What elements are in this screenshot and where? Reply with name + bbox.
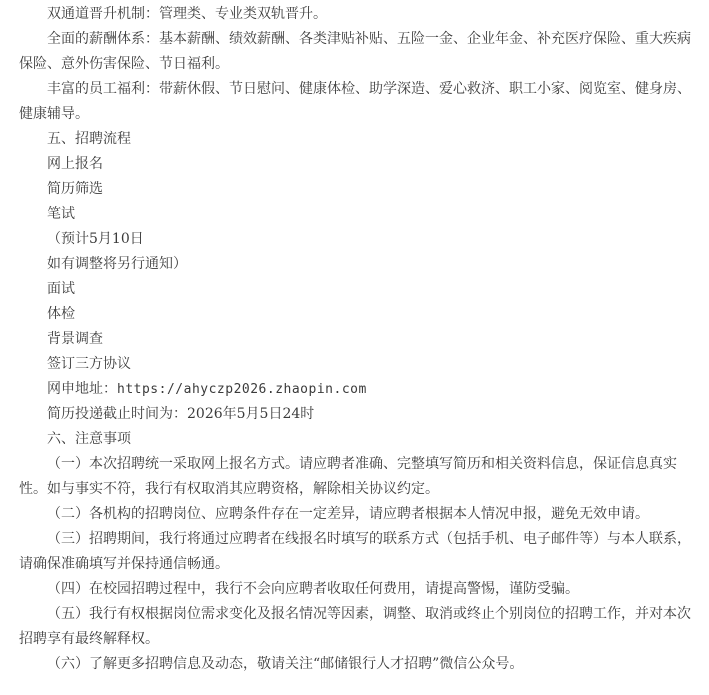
paragraph-compensation-system: 全面的薪酬体系：基本薪酬、绩效薪酬、各类津贴补贴、五险一金、企业年金、补充医疗保… <box>19 27 695 77</box>
application-url-line: 网申地址：https://ahyczp2026.zhaopin.com <box>19 377 695 402</box>
process-step-online-registration: 网上报名 <box>19 152 695 177</box>
process-step-background-check: 背景调查 <box>19 327 695 352</box>
application-url-label: 网申地址： <box>47 381 117 397</box>
deadline-line: 简历投递截止时间为：2026年5月5日24时 <box>19 402 695 427</box>
process-step-physical-exam: 体检 <box>19 302 695 327</box>
process-step-test-date-note-close: 如有调整将另行通知） <box>19 252 695 277</box>
paragraph-promotion-mechanism: 双通道晋升机制：管理类、专业类双轨晋升。 <box>19 2 695 27</box>
process-step-written-test: 笔试 <box>19 202 695 227</box>
process-step-test-date-note-open: （预计5月10日 <box>19 227 695 252</box>
process-step-interview: 面试 <box>19 277 695 302</box>
note-item-1: （一）本次招聘统一采取网上报名方式。请应聘者准确、完整填写简历和相关资料信息，保… <box>19 452 695 502</box>
application-url: https://ahyczp2026.zhaopin.com <box>117 382 367 397</box>
note-item-5: （五）我行有权根据岗位需求变化及报名情况等因素，调整、取消或终止个别岗位的招聘工… <box>19 602 695 652</box>
recruitment-notice-document: 双通道晋升机制：管理类、专业类双轨晋升。 全面的薪酬体系：基本薪酬、绩效薪酬、各… <box>0 0 709 695</box>
section-heading-notes: 六、注意事项 <box>19 427 695 452</box>
note-item-2: （二）各机构的招聘岗位、应聘条件存在一定差异，请应聘者根据本人情况申报，避免无效… <box>19 502 695 527</box>
process-step-resume-screening: 简历筛选 <box>19 177 695 202</box>
paragraph-employee-welfare: 丰富的员工福利：带薪休假、节日慰问、健康体检、助学深造、爱心救济、职工小家、阅览… <box>19 77 695 127</box>
note-item-6: （六）了解更多招聘信息及动态，敬请关注“邮储银行人才招聘”微信公众号。 <box>19 652 695 677</box>
process-step-sign-agreement: 签订三方协议 <box>19 352 695 377</box>
note-item-3: （三）招聘期间，我行将通过应聘者在线报名时填写的联系方式（包括手机、电子邮件等）… <box>19 527 695 577</box>
note-item-4: （四）在校园招聘过程中，我行不会向应聘者收取任何费用，请提高警惕，谨防受骗。 <box>19 577 695 602</box>
section-heading-recruitment-process: 五、招聘流程 <box>19 127 695 152</box>
